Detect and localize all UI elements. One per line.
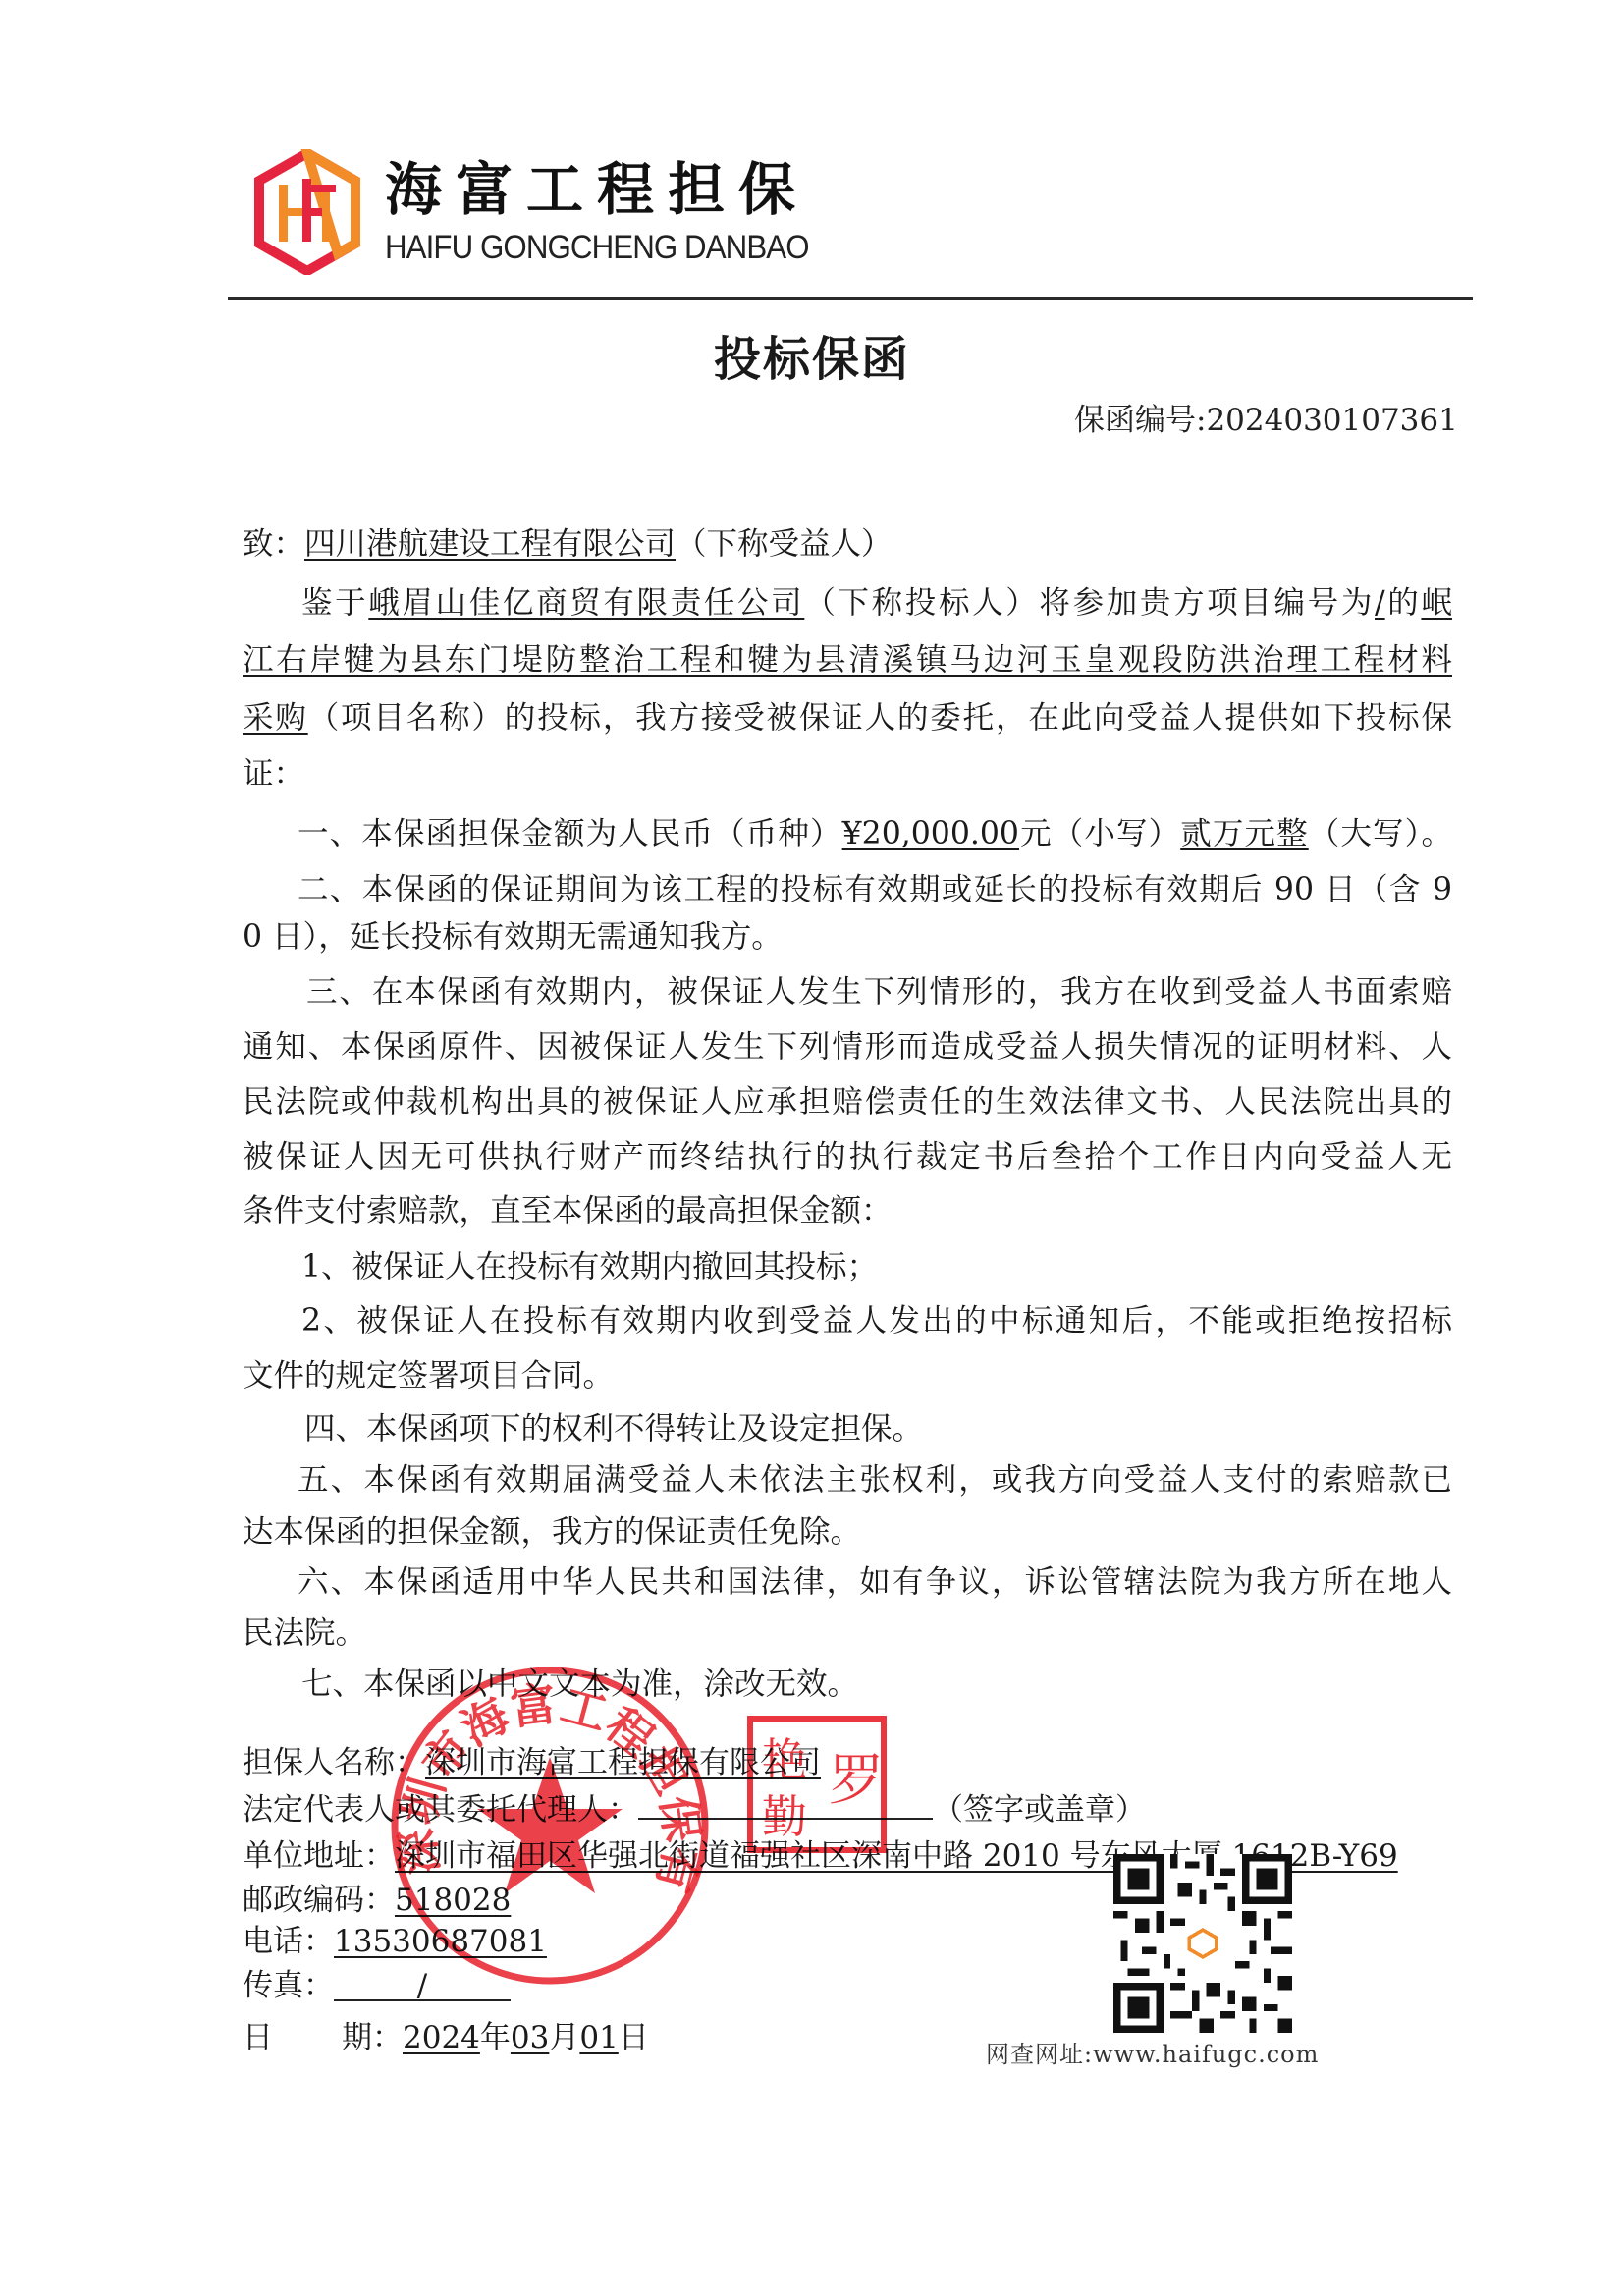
guarantor-name: 深圳市海富工程担保有限公司 bbox=[425, 1745, 821, 1780]
clause-5-line-2: 达本保函的担保金额，我方的保证责任免除。 bbox=[243, 1510, 1452, 1554]
intro-text: 鉴于 bbox=[301, 585, 368, 621]
clause-6-line-1: 六、本保函适用中华人民共和国法律，如有争议，诉讼管辖法院为我方所在地人 bbox=[298, 1560, 1452, 1604]
fax-label: 传真： bbox=[243, 1968, 334, 2003]
intro-line-1: 鉴于峨眉山佳亿商贸有限责任公司（下称投标人）将参加贵方项目编号为/的岷 bbox=[301, 581, 1452, 625]
guarantee-amount-words: 贰万元整 bbox=[1180, 816, 1309, 851]
address-label: 单位地址： bbox=[243, 1838, 395, 1874]
guarantee-number: 保函编号:2024030107361 bbox=[1074, 399, 1458, 442]
clause-1: 一、本保函担保金额为人民币（币种）¥20,000.00元（小写）贰万元整（大写）… bbox=[298, 812, 1452, 855]
date-unit: 日 bbox=[619, 2020, 649, 2055]
clause-7: 七、本保函以中文文本为准，涂改无效。 bbox=[301, 1663, 1511, 1706]
phone-row: 电话：13530687081 bbox=[243, 1920, 547, 1963]
guarantor-name-row: 担保人名称：深圳市海富工程担保有限公司 bbox=[243, 1741, 821, 1784]
clause-3-line-4: 被保证人因无可供执行财产而终结执行的执行裁定书后叁拾个工作日内向受益人无 bbox=[243, 1135, 1452, 1178]
clause-2-line-1: 二、本保函的保证期间为该工程的投标有效期或延长的投标有效期后 90 日（含 9 bbox=[298, 868, 1452, 911]
intro-line-3: 采购（项目名称）的投标，我方接受被保证人的委托，在此向受益人提供如下投标保 bbox=[243, 696, 1452, 739]
guarantor-label: 担保人名称： bbox=[243, 1745, 425, 1780]
date-year: 2024 bbox=[403, 2020, 480, 2055]
clause-text: （大写）。 bbox=[1309, 816, 1452, 851]
project-name: 岷 bbox=[1421, 585, 1452, 621]
haifu-logo-icon bbox=[253, 149, 361, 275]
website-label: 网查网址: bbox=[986, 2041, 1093, 2068]
clause-3-line-1: 三、在本保函有效期内，被保证人发生下列情形的，我方在收到受益人书面索赔 bbox=[306, 970, 1452, 1013]
personal-seal-icon: 罗 艳 勤 bbox=[746, 1715, 888, 1854]
guarantee-number-value: 2024030107361 bbox=[1206, 403, 1457, 438]
postcode-value: 518028 bbox=[395, 1883, 511, 1918]
addressee-suffix: （下称受益人） bbox=[676, 526, 893, 562]
fax-value: / bbox=[334, 1972, 511, 2001]
addressee-prefix: 致： bbox=[243, 526, 304, 562]
date-label: 日 bbox=[243, 2020, 273, 2055]
clause-3-line-2: 通知、本保函原件、因被保证人发生下列情形而造成受益人损失情况的证明材料、人 bbox=[243, 1025, 1452, 1068]
clause-3-item-2-line-1: 2、被保证人在投标有效期内收到受益人发出的中标通知后，不能或拒绝按招标 bbox=[301, 1299, 1452, 1342]
project-number: / bbox=[1375, 585, 1385, 621]
phone-label: 电话： bbox=[243, 1924, 334, 1959]
date-row: 日期：2024年03月01日 bbox=[243, 2016, 649, 2059]
date-unit: 月 bbox=[549, 2020, 579, 2055]
website-line: 网查网址:www.haifugc.com bbox=[986, 2037, 1319, 2072]
clause-3-line-3: 民法院或仲裁机构出具的被保证人应承担赔偿责任的生效法律文书、人民法院出具的 bbox=[243, 1080, 1452, 1123]
brand-name-en: HAIFU GONGCHENG DANBAO bbox=[385, 228, 809, 267]
beneficiary-name: 四川港航建设工程有限公司 bbox=[304, 526, 676, 562]
representative-label: 法定代表人或其委托代理人： bbox=[243, 1792, 638, 1828]
bidder-name: 峨眉山佳亿商贸有限责任公司 bbox=[368, 585, 804, 621]
representative-row: 法定代表人或其委托代理人：（签字或盖章） bbox=[243, 1788, 1146, 1831]
postcode-label: 邮政编码： bbox=[243, 1883, 395, 1918]
brand-name-cn: 海富工程担保 bbox=[385, 155, 809, 224]
representative-note: （签字或盖章） bbox=[933, 1792, 1146, 1828]
addressee-line: 致：四川港航建设工程有限公司（下称受益人） bbox=[243, 522, 1452, 566]
page-title: 投标保函 bbox=[0, 330, 1624, 389]
guarantee-number-label: 保函编号: bbox=[1074, 403, 1206, 438]
clause-6-line-2: 民法院。 bbox=[243, 1612, 1452, 1655]
project-name: 江右岸犍为县东门堤防整治工程和犍为县清溪镇马边河玉皇观段防洪治理工程材料 bbox=[243, 642, 1452, 678]
representative-signature-field bbox=[638, 1790, 933, 1820]
project-name: 采购 bbox=[243, 700, 308, 736]
clause-4: 四、本保函项下的权利不得转让及设定担保。 bbox=[304, 1407, 1514, 1450]
clause-text: 一、本保函担保金额为人民币（币种） bbox=[298, 816, 842, 851]
intro-text: 的 bbox=[1385, 585, 1422, 621]
website-link[interactable]: www.haifugc.com bbox=[1093, 2041, 1319, 2068]
intro-text: （项目名称）的投标，我方接受被保证人的委托，在此向受益人提供如下投标保 bbox=[308, 700, 1452, 736]
date-month: 03 bbox=[511, 2020, 549, 2055]
postcode-row: 邮政编码：518028 bbox=[243, 1879, 511, 1922]
date-label: 期： bbox=[342, 2020, 403, 2055]
clause-text: 元（小写） bbox=[1019, 816, 1180, 851]
intro-line-2: 江右岸犍为县东门堤防整治工程和犍为县清溪镇马边河玉皇观段防洪治理工程材料 bbox=[243, 638, 1452, 682]
date-unit: 年 bbox=[480, 2020, 511, 2055]
clause-5-line-1: 五、本保函有效期届满受益人未依法主张权利，或我方向受益人支付的索赔款已 bbox=[298, 1458, 1452, 1502]
clause-2-line-2: 0 日），延长投标有效期无需通知我方。 bbox=[243, 915, 1452, 958]
intro-line-4: 证： bbox=[243, 752, 1452, 795]
date-day: 01 bbox=[579, 2020, 618, 2055]
qr-code-icon[interactable] bbox=[1113, 1854, 1292, 2033]
clause-3-item-1: 1、被保证人在投标有效期内撤回其投标； bbox=[301, 1245, 1511, 1288]
clause-3-line-5: 条件支付索赔款，直至本保函的最高担保金额： bbox=[243, 1189, 1452, 1232]
clause-3-item-2-line-2: 文件的规定签署项目合同。 bbox=[243, 1354, 1452, 1397]
phone-value: 13530687081 bbox=[334, 1924, 547, 1959]
header-divider bbox=[228, 297, 1473, 300]
intro-text: （下称投标人）将参加贵方项目编号为 bbox=[804, 585, 1375, 621]
guarantee-amount: ¥20,000.00 bbox=[842, 816, 1019, 851]
fax-row: 传真：/ bbox=[243, 1964, 511, 2007]
